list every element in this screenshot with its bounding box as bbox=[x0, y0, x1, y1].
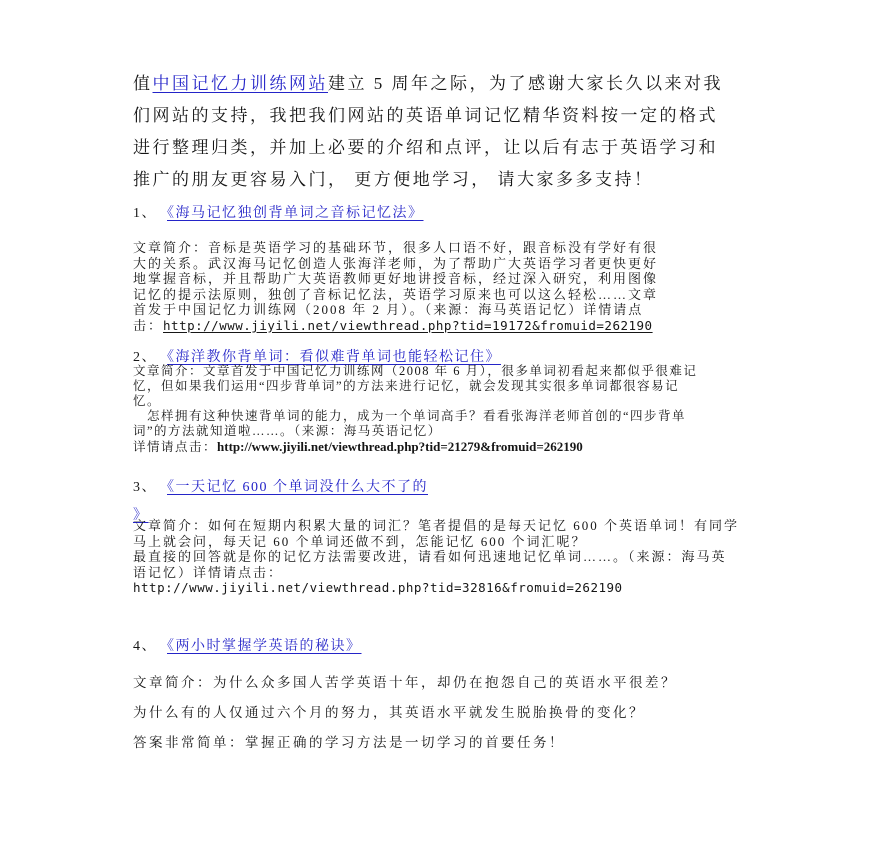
section2-url-line: 详情请点击：http://www.jiyili.net/viewthread.p… bbox=[133, 439, 758, 455]
intro-line-3: 进行整理归类，并加上必要的介绍和点评，让以后有志于英语学习和 bbox=[133, 132, 758, 164]
section3-article-url-link[interactable]: http://www.jiyili.net/viewthread.php?tid… bbox=[133, 580, 623, 595]
section2-article-url-link[interactable]: http://www.jiyili.net/viewthread.php?tid… bbox=[217, 439, 583, 454]
section1-article-url-link[interactable]: http://www.jiyili.net/viewthread.php?tid… bbox=[163, 318, 653, 333]
section3-number: 3、 bbox=[133, 480, 157, 495]
section1-url-line: 击：http://www.jiyili.net/viewthread.php?t… bbox=[133, 318, 758, 334]
section2-body-line: 词”的方法就知道啦……。（来源：海马英语记忆） bbox=[133, 424, 758, 439]
section3-title-link[interactable]: 《一天记忆 600 个单词没什么大不了的 bbox=[167, 480, 428, 495]
section1-body-line: 文章简介：音标是英语学习的基础环节，很多人口语不好，跟音标没有学好有很 bbox=[133, 240, 758, 256]
section1-url-prefix: 击： bbox=[133, 318, 163, 333]
intro-text-pre-link: 值 bbox=[133, 74, 153, 93]
section2-body-line: 忆，但如果我们运用“四步背单词”的方法来进行记忆，就会发现其实很多单词都很容易记 bbox=[133, 379, 758, 394]
section4-title-link[interactable]: 《两小时掌握学英语的秘诀》 bbox=[167, 639, 362, 654]
section1-body-line: 首发于中国记忆力训练网（2008 年 2 月）。（来源：海马英语记忆）详情请点 bbox=[133, 302, 758, 318]
intro-line-1: 值中国记忆力训练网站建立 5 周年之际，为了感谢大家长久以来对我 bbox=[133, 68, 758, 100]
section1-body-line: 大的关系。武汉海马记忆创造人张海洋老师，为了帮助广大英语学习者更快更好 bbox=[133, 256, 758, 272]
document-page: 值中国记忆力训练网站建立 5 周年之际，为了感谢大家长久以来对我 们网站的支持，… bbox=[0, 0, 870, 842]
section4-paragraph-1: 文章简介：为什么众多国人苦学英语十年，却仍在抱怨自己的英语水平很差？ bbox=[133, 671, 758, 691]
section3-body-line: 文章简介：如何在短期内积累大量的词汇？笔者提倡的是每天记忆 600 个英语单词！… bbox=[133, 518, 758, 534]
section2-body-line: 怎样拥有这种快速背单词的能力，成为一个单词高手？看看张海洋老师首创的“四步背单 bbox=[133, 409, 758, 424]
intro-text-post-link: 建立 5 周年之际，为了感谢大家长久以来对我 bbox=[328, 74, 723, 93]
section3-heading-line-1: 3、《一天记忆 600 个单词没什么大不了的 bbox=[133, 474, 758, 502]
section2-body-line: 文章简介：文章首发于中国记忆力训练网（2008 年 6 月），很多单词初看起来都… bbox=[133, 364, 758, 379]
intro-line-4: 推广的朋友更容易入门， 更方便地学习， 请大家多多支持！ bbox=[133, 164, 758, 196]
section1-body: 文章简介：音标是英语学习的基础环节，很多人口语不好，跟音标没有学好有很 大的关系… bbox=[133, 240, 758, 333]
intro-line-2: 们网站的支持，我把我们网站的英语单词记忆精华资料按一定的格式 bbox=[133, 100, 758, 132]
section2-number: 2、 bbox=[133, 350, 157, 365]
section4-paragraph-3: 答案非常简单：掌握正确的学习方法是一切学习的首要任务！ bbox=[133, 731, 758, 751]
section3-body-line: 语记忆）详情请点击： bbox=[133, 565, 758, 581]
section1-body-line: 记忆的提示法原则，独创了音标记忆法，英语学习原来也可以这么轻松……文章 bbox=[133, 287, 758, 303]
section2-body: 文章简介：文章首发于中国记忆力训练网（2008 年 6 月），很多单词初看起来都… bbox=[133, 364, 758, 455]
section4-paragraph-2: 为什么有的人仅通过六个月的努力，其英语水平就发生脱胎换骨的变化？ bbox=[133, 701, 758, 721]
section1-body-line: 地掌握音标，并且帮助广大英语教师更好地讲授音标，经过深入研究，利用图像 bbox=[133, 271, 758, 287]
section3-body-line: 马上就会问，每天记 60 个单词还做不到，怎能记忆 600 个词汇呢？ bbox=[133, 534, 758, 550]
intro-paragraph: 值中国记忆力训练网站建立 5 周年之际，为了感谢大家长久以来对我 们网站的支持，… bbox=[133, 68, 758, 196]
section1-number: 1、 bbox=[133, 206, 157, 221]
section2-body-line: 忆。 bbox=[133, 394, 758, 409]
section3-url-line: http://www.jiyili.net/viewthread.php?tid… bbox=[133, 580, 758, 596]
memory-training-site-link[interactable]: 中国记忆力训练网站 bbox=[153, 74, 329, 93]
section3-body-line: 最直接的回答就是你的记忆方法需要改进，请看如何迅速地记忆单词……。（来源：海马英 bbox=[133, 549, 758, 565]
section1-title-link[interactable]: 《海马记忆独创背单词之音标记忆法》 bbox=[167, 206, 424, 221]
section3-body: 文章简介：如何在短期内积累大量的词汇？笔者提倡的是每天记忆 600 个英语单词！… bbox=[133, 518, 758, 596]
section2-title-link[interactable]: 《海洋教你背单词：看似难背单词也能轻松记住》 bbox=[167, 350, 501, 365]
section2-url-prefix: 详情请点击： bbox=[133, 440, 217, 454]
section4-number: 4、 bbox=[133, 639, 157, 654]
section4-heading: 4、《两小时掌握学英语的秘诀》 bbox=[133, 637, 758, 657]
section1-heading: 1、《海马记忆独创背单词之音标记忆法》 bbox=[133, 204, 758, 224]
